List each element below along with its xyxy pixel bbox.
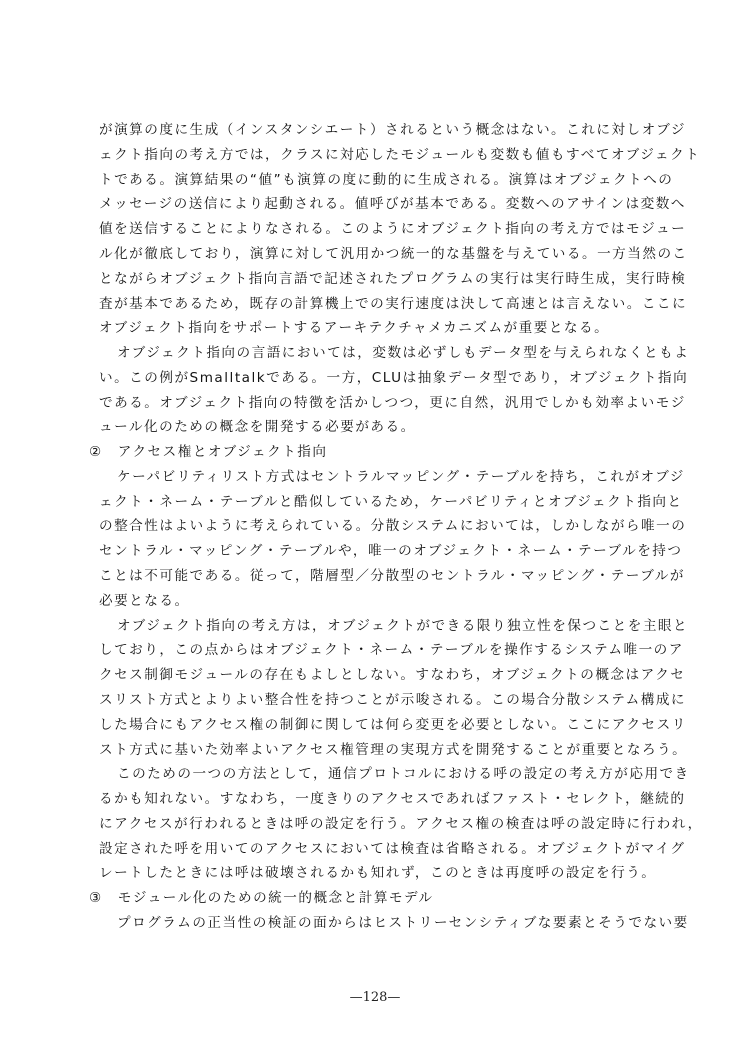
text-line: 必要となる。 [99, 592, 190, 610]
text-line: しており，この点からはオブジェクト・ネーム・テーブルを操作するシステム唯一のア [99, 641, 684, 659]
text-line: るかも知れない。すなわち，一度きりのアクセスであればファスト・セレクト，継続的 [99, 790, 685, 808]
text-line: した場合にもアクセス権の制御に関しては何ら変更を必要としない。ここにアクセスリ [99, 716, 687, 734]
paragraph-start-line: プログラムの正当性の検証の面からはヒストリーセンシティブな要素とそうでない要 [117, 914, 689, 932]
section-heading-2: ② アクセス権とオブジェクト指向 [89, 443, 327, 461]
paragraph-start-line: オブジェクト指向の言語においては，変数は必ずしもデータ型を与えられなくともよ [117, 344, 689, 362]
text-line: 査が基本であるため，既存の計算機上での実行速度は決して高速とは言えない。ここに [99, 295, 687, 313]
paragraph-start-line: ケーパビリティリスト方式はセントラルマッピング・テーブルを持ち，これがオブジ [117, 468, 685, 486]
text-line: オブジェクト指向をサポートするアーキテクチャメカニズムが重要となる。 [99, 319, 609, 337]
text-line: ェクト・ネーム・テーブルと酷似しているため，ケーパビリティとオブジェクト指向と [99, 493, 683, 511]
text-line: セントラル・マッピング・テーブルや，唯一のオブジェクト・ネーム・テーブルを持つ [99, 542, 683, 560]
text-line: クセス制御モジュールの存在もよしとしない。すなわち，オブジェクトの概念はアクセ [99, 666, 685, 684]
paragraph-start-line: このための一つの方法として，通信プロトコルにおける呼の設定の考え方が応用でき [117, 765, 690, 783]
text-line: い。この例がSmalltalkである。一方，CLUは抽象データ型であり，オブジェ… [99, 369, 688, 387]
text-line: ュール化のための概念を開発する必要がある。 [99, 418, 416, 436]
text-line: ル化が徹底しており，演算に対して汎用かつ統一的な基盤を与えている。一方当然のこ [99, 245, 688, 263]
text-line: である。オブジェクト指向の特徴を活かしつつ，更に自然，汎用でしかも効率よいモジ [99, 394, 686, 412]
text-line: スト方式に基いた効率よいアクセス権管理の実現方式を開発することが重要となろう。 [99, 741, 687, 759]
text-line: トである。演算結果の“値”も演算の度に動的に生成される。演算はオブジェクトへの [99, 171, 673, 189]
text-line: レートしたときには呼は破壊されるかも知れず，このときは再度呼の設定を行う。 [99, 864, 656, 882]
text-line: が演算の度に生成（インスタンシエート）されるという概念はない。これに対しオブジ [99, 121, 686, 139]
text-line: メッセージの送信により起動される。値呼びが基本である。変数へのアサインは変数へ [99, 195, 686, 213]
document-page: が演算の度に生成（インスタンシエート）されるという概念はない。これに対しオブジ … [0, 0, 750, 1054]
text-line: の整合性はよいように考えられている。分散システムにおいては，しかしながら唯一の [99, 517, 686, 535]
page-number: —128— [0, 990, 750, 1005]
text-line: にアクセスが行われるときは呼の設定を行う。アクセス権の検査は呼の設定時に行われ， [99, 815, 703, 833]
text-line: とながらオブジェクト指向言語で記述されたプログラムの実行は実行時生成，実行時検 [99, 270, 686, 288]
text-line: 値を送信することによりなされる。このようにオブジェクト指向の考え方ではモジュー [99, 220, 686, 238]
paragraph-start-line: オブジェクト指向の考え方は，オブジェクトができる限り独立性を保つことを主眼と [117, 617, 688, 635]
text-line: ェクト指向の考え方では，クラスに対応したモジュールも変数も値もすべてオブジェクト [99, 146, 700, 164]
text-line: ことは不可能である。従って，階層型／分散型のセントラル・マッピング・テーブルが [99, 567, 685, 585]
section-heading-3: ③ モジュール化のための統一的概念と計算モデル [89, 889, 434, 907]
text-line: スリスト方式とよりよい整合性を持つことが示唆される。この場合分散システム構成に [99, 691, 686, 709]
text-line: 設定された呼を用いてのアクセスにおいては検査は省略される。オブジェクトがマイグ [99, 840, 685, 858]
